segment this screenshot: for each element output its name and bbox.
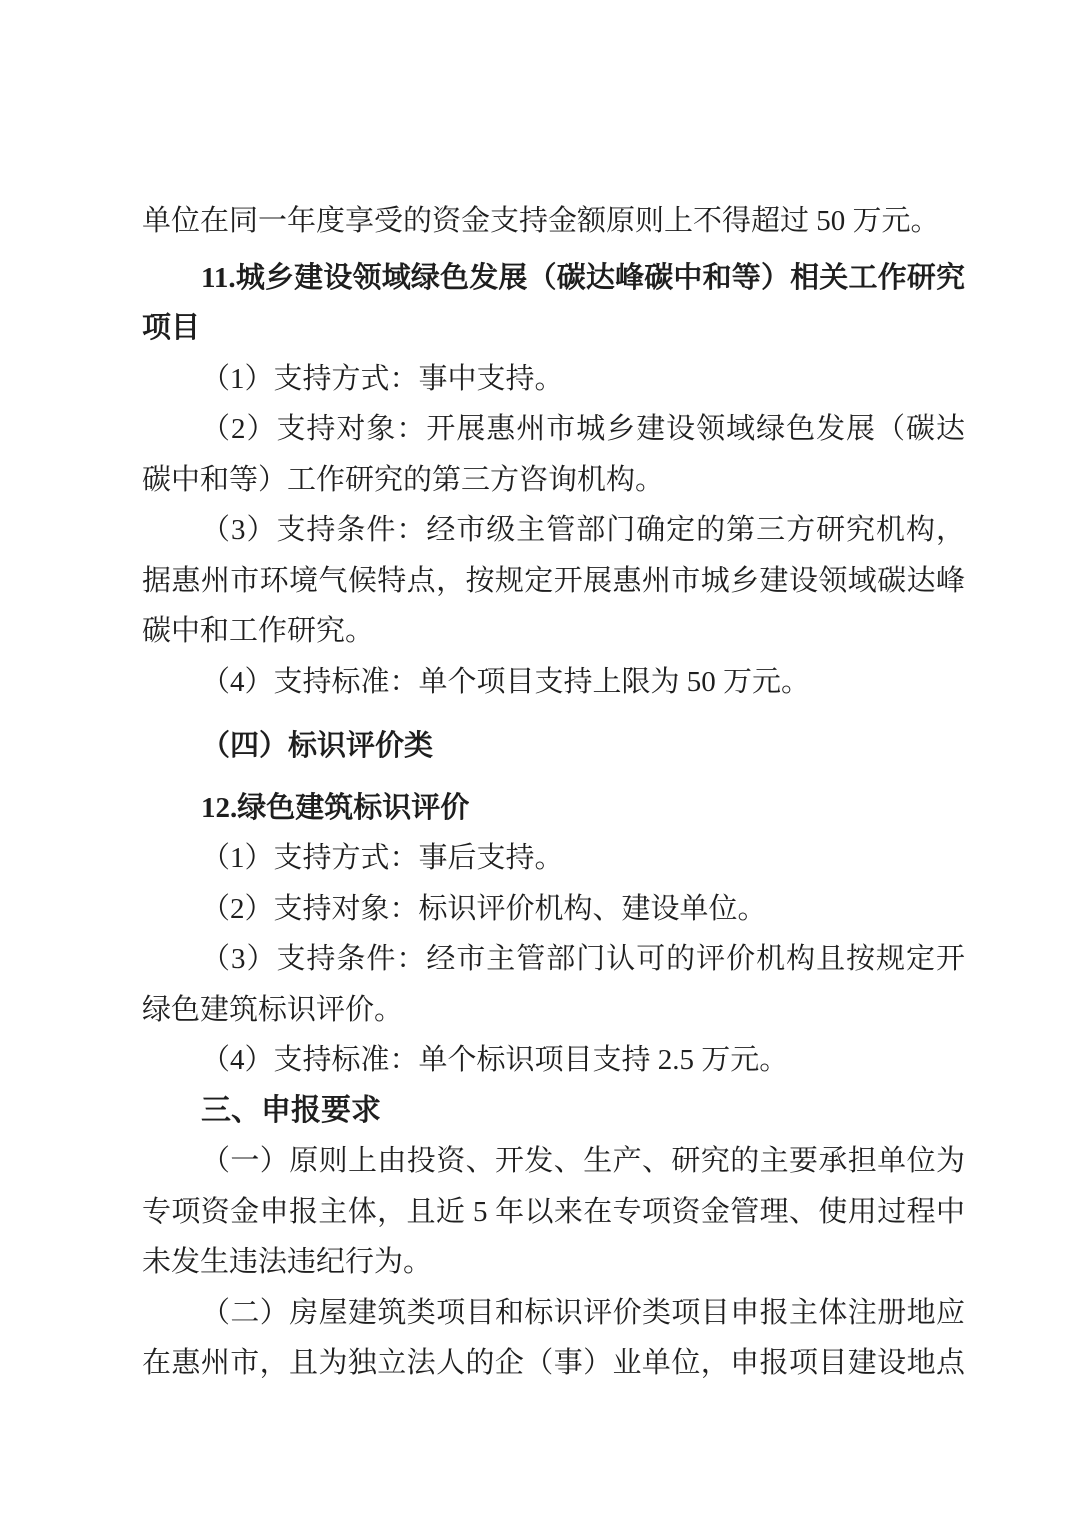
requirement-2-line-1: （二）房屋建筑类项目和标识评价类项目申报主体注册地应 [142, 1288, 965, 1339]
item-11-heading-line-2: 项目 [142, 303, 965, 354]
item-11-support-method: （1）支持方式：事中支持。 [142, 354, 965, 405]
item-12-support-condition-line-2: 绿色建筑标识评价。 [142, 985, 965, 1036]
item-11-support-condition-line-2: 据惠州市环境气候特点，按规定开展惠州市城乡建设领域碳达峰 [142, 556, 965, 607]
item-12-support-method: （1）支持方式：事后支持。 [142, 833, 965, 884]
item-12-support-standard: （4）支持标准：单个标识项目支持 2.5 万元。 [142, 1035, 965, 1086]
item-11-support-target-line-1: （2）支持对象：开展惠州市城乡建设领域绿色发展（碳达峰 [142, 404, 965, 455]
requirement-1-line-1: （一）原则上由投资、开发、生产、研究的主要承担单位为 [142, 1136, 965, 1187]
item-11-support-standard: （4）支持标准：单个项目支持上限为 50 万元。 [142, 657, 965, 708]
requirement-2-line-2: 在惠州市，且为独立法人的企（事）业单位，申报项目建设地点 [142, 1338, 965, 1389]
item-11-support-condition-line-3: 碳中和工作研究。 [142, 606, 965, 657]
item-12-heading: 12.绿色建筑标识评价 [142, 783, 965, 834]
item-11-heading-line-1: 11.城乡建设领域绿色发展（碳达峰碳中和等）相关工作研究 [142, 253, 965, 304]
item-11-support-condition-line-1: （3）支持条件：经市级主管部门确定的第三方研究机构，根 [142, 505, 965, 556]
document-page: 单位在同一年度享受的资金支持金额原则上不得超过 50 万元。 11.城乡建设领域… [0, 0, 1080, 1527]
item-12-support-target: （2）支持对象：标识评价机构、建设单位。 [142, 884, 965, 935]
item-11-support-target-line-2: 碳中和等）工作研究的第三方咨询机构。 [142, 455, 965, 506]
body-line-continuation: 单位在同一年度享受的资金支持金额原则上不得超过 50 万元。 [142, 196, 965, 247]
requirement-1-line-3: 未发生违法违纪行为。 [142, 1237, 965, 1288]
document-text-block: 单位在同一年度享受的资金支持金额原则上不得超过 50 万元。 11.城乡建设领域… [142, 196, 965, 1389]
requirement-1-line-2: 专项资金申报主体，且近 5 年以来在专项资金管理、使用过程中 [142, 1187, 965, 1238]
section-4-heading: （四）标识评价类 [142, 721, 965, 772]
item-12-support-condition-line-1: （3）支持条件：经市主管部门认可的评价机构且按规定开展 [142, 934, 965, 985]
part-3-heading: 三、申报要求 [142, 1086, 965, 1137]
